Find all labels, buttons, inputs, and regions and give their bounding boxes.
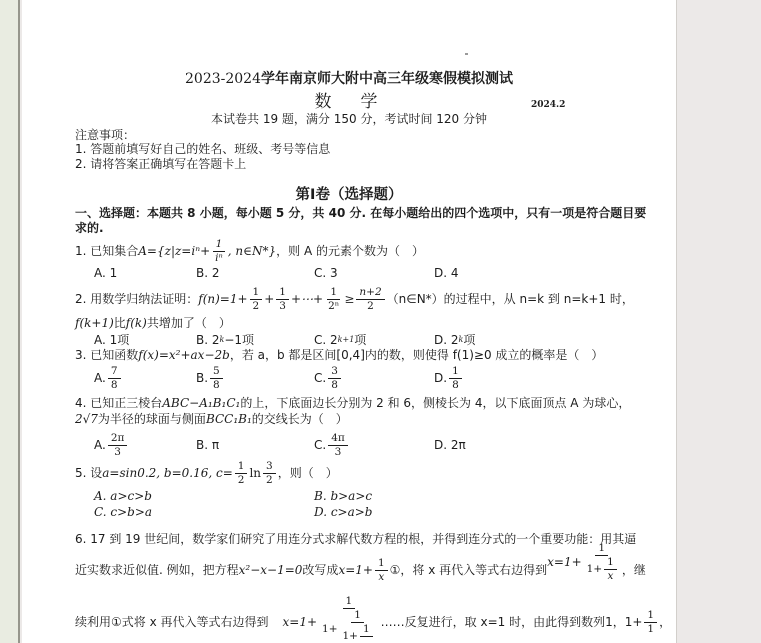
q2-dots: +⋯+ bbox=[291, 292, 323, 307]
q4-option-d: D. 2π bbox=[434, 431, 466, 459]
q4-option-c: C.4π3 bbox=[314, 431, 350, 459]
q6-text-comma: ， bbox=[659, 615, 671, 630]
q2-math-fk: f(k) bbox=[126, 316, 147, 331]
q4-text-end: 的交线长为（ ） bbox=[252, 412, 348, 427]
exam-info: 本试卷共 19 题，满分 150 分，考试时间 120 分钟 bbox=[22, 112, 676, 127]
q5-ln: ln bbox=[249, 466, 261, 481]
q3-option-c: C.38 bbox=[314, 364, 343, 392]
question-1-options: A. 1 B. 2 C. 3 D. 4 bbox=[22, 266, 676, 282]
q3-option-a: A.78 bbox=[94, 364, 123, 392]
q5-fraction-2: 32 bbox=[263, 460, 276, 486]
question-6-line3: 续利用①式将 x 再代入等式右边得到 x=1+ 11+11+1 ……反复进行，取… bbox=[75, 594, 660, 643]
q1-math-set: A={z|z=iⁿ+ bbox=[138, 244, 210, 259]
question-2: 2. 用数学归纳法证明： f(n)=1+ 12 + 13 +⋯+ 12ⁿ ≥ n… bbox=[75, 282, 660, 316]
q2-text-end: （n∈N*）的过程中，从 n=k 到 n=k+1 时， bbox=[387, 292, 634, 307]
q1-option-c: C. 3 bbox=[314, 266, 338, 280]
exam-title-main: 学年南京师大附中高三年级寒假模拟测试 bbox=[261, 71, 513, 89]
q6-text-continue: ，继 bbox=[622, 563, 646, 578]
q1-option-d: D. 4 bbox=[434, 266, 459, 280]
question-4-options: A.2π3 B. π C.4π3 D. 2π bbox=[22, 431, 676, 459]
q6-math-x1: x=1+ bbox=[338, 563, 373, 578]
q2-plus-1: + bbox=[264, 292, 274, 307]
q5-text-end: ，则（ ） bbox=[278, 466, 338, 481]
q6-text-repeat: ……反复进行，取 x=1 时，由此得到数列1，1+ bbox=[381, 615, 643, 630]
question-6-line2: 近实数求近似值. 例如，把方程 x²−x−1=0 改写成 x=1+ 1x ①，将… bbox=[75, 548, 660, 592]
q3-option-b: B.58 bbox=[196, 364, 225, 392]
q2-fraction-2: 13 bbox=[276, 286, 289, 312]
note-1: 1. 答题前填写好自己的姓名、班级、考号等信息 bbox=[75, 142, 660, 156]
question-2-line2: f(k+1) 比 f(k) 共增加了（ ） bbox=[75, 316, 660, 331]
notes-title: 注意事项： bbox=[75, 128, 660, 142]
q6-fraction-1overx: 1x bbox=[375, 557, 388, 583]
q1-option-b: B. 2 bbox=[196, 266, 220, 280]
q1-text: 1. 已知集合 bbox=[75, 244, 138, 259]
question-3: 3. 已知函数 f(x)=x²+ax−2b ，若 a，b 都是区间[0,4]内的… bbox=[75, 348, 660, 363]
q5-option-a: A. a>c>b bbox=[94, 489, 152, 503]
q1-math-set-end: , n∈N*} bbox=[228, 244, 276, 259]
q2-text-bi: 比 bbox=[114, 316, 126, 331]
q6-continued-fraction-2level: x=1+ 11+1x bbox=[547, 542, 622, 582]
q1-option-a: A. 1 bbox=[94, 266, 117, 280]
exam-date: 2024.2 bbox=[531, 100, 565, 110]
question-5: 5. 设 a=sin0.2, b=0.16, c= 12 ln 32 ，则（ ） bbox=[75, 458, 660, 488]
question-2-options: A. 1项 B. 2k−1项 C. 2k+1项 D. 2k项 bbox=[22, 331, 676, 347]
q1-fraction: 1 iⁿ bbox=[212, 238, 226, 264]
q2-geq: ≥ bbox=[344, 292, 354, 307]
exam-title-year: 2023-2024 bbox=[185, 71, 261, 89]
q2-math-fn: f(n)=1+ bbox=[198, 292, 247, 307]
exam-title: 2023-2024 学年南京师大附中高三年级寒假模拟测试 bbox=[22, 72, 676, 88]
q6-math-equation: x²−x−1=0 bbox=[239, 563, 303, 578]
question-3-options: A.78 B.58 C.38 D.18 bbox=[22, 364, 676, 392]
q4-text-mid: 的上，下底面边长分别为 2 和 6，侧棱长为 4，以下底面顶点 A 为球心， bbox=[240, 396, 630, 411]
question-5-options-row2: C. c>b>a D. c>a>b bbox=[22, 505, 676, 521]
q5-fraction-1: 12 bbox=[235, 460, 248, 486]
q2-option-c: C. 2k+1项 bbox=[314, 331, 366, 348]
section1-title: 第Ⅰ卷（选择题） bbox=[22, 186, 676, 204]
q5-option-c: C. c>b>a bbox=[94, 505, 152, 519]
multiple-choice-intro-line2: 求的. bbox=[75, 221, 660, 235]
q2-fraction-3: 12ⁿ bbox=[325, 286, 342, 312]
q2-option-b: B. 2k−1项 bbox=[196, 331, 254, 348]
q4-option-b: B. π bbox=[196, 431, 219, 459]
q2-math-fk1: f(k+1) bbox=[75, 316, 114, 331]
subject-title: 数 学 bbox=[22, 93, 676, 113]
q3-text: 3. 已知函数 bbox=[75, 348, 138, 363]
q6-fraction-1over1: 11 bbox=[644, 609, 657, 635]
screenshot-root: { "header": { "title_year": "2023-2024 "… bbox=[0, 0, 761, 643]
q4-text-sphere: 为半径的球面与侧面 bbox=[98, 412, 206, 427]
q6-text-substitute: ①，将 x 再代入等式右边得到 bbox=[390, 563, 548, 578]
q5-option-d: D. c>a>b bbox=[314, 505, 373, 519]
question-5-options-row1: A. a>c>b B. b>a>c bbox=[22, 489, 676, 505]
q4-math-radius: 2√7 bbox=[75, 412, 98, 427]
q2-fraction-4: n+22 bbox=[356, 286, 384, 312]
question-4-line2: 2√7 为半径的球面与侧面 BCC₁B₁ 的交线长为（ ） bbox=[75, 411, 660, 428]
q4-text: 4. 已知正三棱台 bbox=[75, 396, 162, 411]
exam-page: 2023-2024 学年南京师大附中高三年级寒假模拟测试 数 学 2024.2 … bbox=[22, 0, 677, 643]
q6-text-rewrite: 改写成 bbox=[302, 563, 338, 578]
q5-option-b: B. b>a>c bbox=[314, 489, 372, 503]
q2-fraction-1: 12 bbox=[250, 286, 263, 312]
question-4: 4. 已知正三棱台 ABC−A₁B₁C₁ 的上，下底面边长分别为 2 和 6，侧… bbox=[75, 396, 660, 411]
q2-option-d: D. 2k项 bbox=[434, 331, 475, 348]
q4-math-face: BCC₁B₁ bbox=[206, 412, 252, 427]
viewer-left-margin bbox=[0, 0, 20, 643]
page-speck bbox=[465, 53, 468, 55]
q2-option-a: A. 1项 bbox=[94, 331, 129, 348]
note-2: 2. 请将答案正确填写在答题卡上 bbox=[75, 157, 660, 171]
question-1: 1. 已知集合 A={z|z=iⁿ+ 1 iⁿ , n∈N*} ，则 A 的元素… bbox=[75, 236, 660, 266]
q1-text-end: ，则 A 的元素个数为（ ） bbox=[276, 244, 424, 259]
q3-option-d: D.18 bbox=[434, 364, 464, 392]
q4-math-frustum: ABC−A₁B₁C₁ bbox=[162, 396, 240, 411]
q6-text-reuse: 续利用①式将 x 再代入等式右边得到 bbox=[75, 615, 269, 630]
q2-text-increase: 共增加了（ ） bbox=[147, 316, 231, 331]
q4-option-a: A.2π3 bbox=[94, 431, 129, 459]
q5-math-abc: a=sin0.2, b=0.16, c= bbox=[102, 466, 233, 481]
q5-text: 5. 设 bbox=[75, 466, 102, 481]
q3-math-fx: f(x)=x²+ax−2b bbox=[138, 348, 230, 363]
q2-text: 2. 用数学归纳法证明： bbox=[75, 292, 198, 307]
q6-text-approx: 近实数求近似值. 例如，把方程 bbox=[75, 563, 239, 578]
multiple-choice-intro-line1: 一、选择题：本题共 8 小题，每小题 5 分，共 40 分. 在每小题给出的四个… bbox=[75, 206, 660, 220]
q3-text-end: ，若 a，b 都是区间[0,4]内的数，则使得 f(1)≥0 成立的概率是（ ） bbox=[230, 348, 604, 363]
q6-continued-fraction-3level: x=1+ 11+11+1 bbox=[283, 595, 381, 643]
